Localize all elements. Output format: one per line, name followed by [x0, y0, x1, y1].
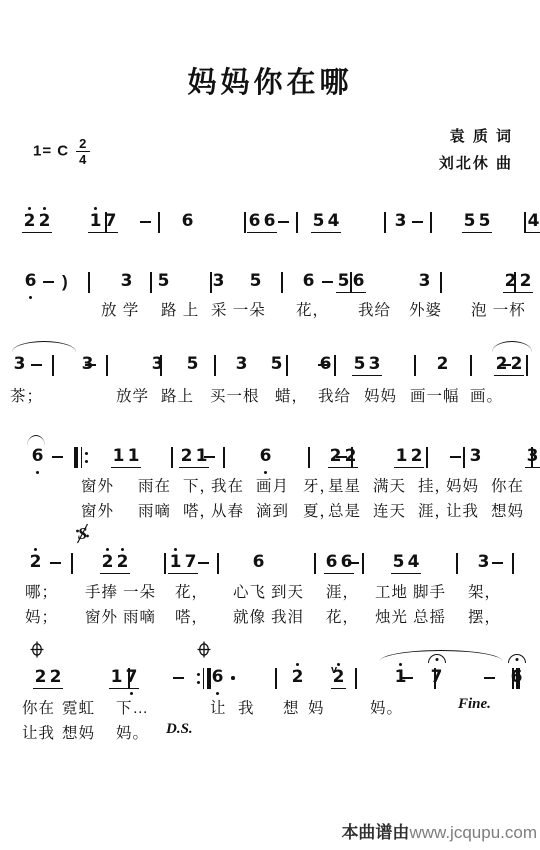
- octave-dot-high-icon: [296, 663, 299, 666]
- lyric-word: 我泪: [271, 605, 304, 627]
- note-digit: 2: [48, 668, 63, 687]
- barline: [171, 447, 173, 468]
- note-group: 6: [210, 668, 225, 688]
- duration-dash: [402, 677, 413, 679]
- note-digit: 1: [168, 553, 183, 572]
- repeat-dot-icon: [85, 460, 88, 463]
- barline: [526, 355, 528, 376]
- note-digit: 1: [109, 668, 124, 687]
- note-digit: 1: [394, 447, 409, 466]
- watermark: 本曲谱由www.jcqupu.com: [341, 818, 537, 843]
- barline: [314, 553, 316, 574]
- note-group: 5: [248, 272, 263, 292]
- barline: [470, 355, 472, 376]
- note-digit: 2: [290, 668, 305, 687]
- lyric-word: 让我: [446, 499, 479, 521]
- lyric-word: 路上: [161, 384, 194, 406]
- note-group: 22: [33, 668, 63, 689]
- duration-dash: [52, 456, 63, 458]
- note-digit: 3: [119, 272, 134, 291]
- duration-dash: [318, 364, 329, 366]
- duration-dash: [140, 221, 151, 223]
- lyric-word: 就像: [233, 605, 266, 627]
- lyric-word: 花，: [326, 605, 359, 627]
- note-group: 54: [311, 212, 341, 233]
- octave-dot-high-icon: [28, 207, 31, 210]
- direction-label: Fine.: [458, 696, 491, 713]
- note-group: 2: [290, 668, 305, 688]
- duration-dash: [500, 364, 511, 366]
- note-digit: 5: [391, 553, 406, 572]
- note-digit: 4: [406, 553, 421, 572]
- lyric-word: 窗外: [81, 474, 114, 496]
- note-digit: 2: [115, 553, 130, 572]
- note-digit: 2: [100, 553, 115, 572]
- lyric-word: 我在: [211, 474, 244, 496]
- note-group: 3: [393, 212, 408, 232]
- note-group: 5: [156, 272, 171, 292]
- barline: [88, 272, 90, 293]
- barline: [105, 212, 107, 233]
- barline-stroke: [516, 668, 520, 689]
- note-digit: 6: [180, 212, 195, 231]
- barline: [426, 447, 428, 468]
- duration-dash: [50, 562, 61, 564]
- lyric-word: 涯，: [326, 580, 359, 602]
- octave-dot-low-icon: [36, 471, 39, 474]
- lyric-word: 妈妈: [446, 474, 479, 496]
- lyric-word: 连天: [373, 499, 406, 521]
- duration-dash: [450, 456, 461, 458]
- lyric-word: 妈。: [370, 696, 403, 718]
- note-group: 6: [301, 272, 316, 292]
- octave-dot-high-icon: [43, 207, 46, 210]
- watermark-site-url: www.jcqupu.com: [409, 823, 537, 842]
- barline: [52, 355, 54, 376]
- note-digit: 6: [30, 447, 45, 466]
- note-digit: 2: [503, 272, 518, 291]
- barline: [308, 447, 310, 468]
- note-digit: 5: [352, 355, 367, 374]
- duration-dash: [198, 562, 209, 564]
- duration-dash: [173, 677, 184, 679]
- duration-dash: [31, 364, 42, 366]
- note-group: 3: [211, 272, 226, 292]
- score-symbol: ): [62, 272, 68, 291]
- note-digit: 7: [183, 553, 198, 572]
- lyric-word: 蜡，: [275, 384, 308, 406]
- note-digit: 5: [336, 272, 351, 291]
- lyric-word: 雨在: [138, 474, 171, 496]
- note-digit: 2: [435, 355, 450, 374]
- lyric-word: 雨嘀: [123, 605, 156, 627]
- barline: [150, 272, 152, 293]
- note-group: 17: [168, 553, 198, 574]
- lyric-word: 想妈: [62, 721, 95, 743]
- octave-dot-high-icon: [34, 548, 37, 551]
- barline: [164, 553, 166, 574]
- barline: [71, 553, 73, 574]
- lyric-word: 画。: [470, 384, 503, 406]
- barline: [275, 668, 277, 689]
- barline: [223, 447, 225, 468]
- lyric-word: 星星: [328, 474, 361, 496]
- note-group: 22: [503, 272, 533, 293]
- note-group: 3: [150, 355, 165, 375]
- note-group: 22: [100, 553, 130, 574]
- lyric-word: 下…: [116, 696, 149, 718]
- segno-icon: S: [75, 523, 90, 544]
- duration-dash: [484, 677, 495, 679]
- note-group: 12: [394, 447, 424, 468]
- barline: [514, 272, 516, 293]
- barline: [334, 355, 336, 376]
- lyric-word: 滴到: [256, 499, 289, 521]
- lyric-word: 架，: [468, 580, 501, 602]
- note-digit: 2: [33, 668, 48, 687]
- note-digit: 6: [258, 447, 273, 466]
- note-digit: 3: [417, 272, 432, 291]
- note-group: 6: [30, 447, 45, 467]
- lyric-word: 总摇: [413, 605, 446, 627]
- duration-dash: [348, 562, 359, 564]
- note-digit: 7: [429, 668, 444, 687]
- lyric-word: 我给: [358, 298, 391, 320]
- note-digit: 3: [150, 355, 165, 374]
- octave-dot-low-icon: [216, 692, 219, 695]
- note-group: 3: [468, 447, 483, 467]
- note-digit: 6: [210, 668, 225, 687]
- note-digit: 6: [251, 553, 266, 572]
- barline: [440, 272, 442, 293]
- barline: [362, 553, 364, 574]
- lyric-word: 买一根: [210, 384, 260, 406]
- note-digit: 7: [124, 668, 139, 687]
- barline-stroke: [207, 668, 211, 689]
- repeat-dots: [85, 447, 88, 468]
- barline: [244, 212, 246, 233]
- note-digit: 5: [185, 355, 200, 374]
- duration-dash: [322, 281, 333, 283]
- note-group: 3: [119, 272, 134, 292]
- barline: [414, 355, 416, 376]
- barline: [463, 447, 465, 468]
- note-group: 54: [391, 553, 421, 574]
- barline: [434, 668, 436, 689]
- lyric-word: 想妈: [491, 499, 524, 521]
- octave-dot-high-icon: [94, 207, 97, 210]
- octave-dot-high-icon: [121, 548, 124, 551]
- lyric-word: 哪；: [25, 580, 58, 602]
- lyric-word: 窗外: [85, 605, 118, 627]
- slur-arc: [12, 341, 76, 352]
- song-title: 妈妈你在哪: [0, 60, 540, 101]
- coda-icon: [197, 641, 211, 658]
- barline: [350, 272, 352, 293]
- duration-dash: [278, 221, 289, 223]
- lyric-word: 你在: [491, 474, 524, 496]
- lyric-word: 你在: [22, 696, 55, 718]
- octave-dot-high-icon: [174, 548, 177, 551]
- note-digit: 6: [324, 553, 339, 572]
- key-signature: 1= C24: [33, 137, 90, 166]
- duration-dash: [492, 562, 503, 564]
- lyric-word: 摆，: [468, 605, 501, 627]
- lyric-word: 花，: [296, 298, 329, 320]
- note-group: 22: [22, 212, 52, 233]
- lyric-word: 花，: [175, 580, 208, 602]
- note-group: 6: [23, 272, 38, 292]
- note-group: 3: [234, 355, 249, 375]
- lyric-word: 采 一朵: [211, 298, 266, 320]
- lyric-word: 手捧: [85, 580, 118, 602]
- duration-dash: [412, 221, 423, 223]
- direction-label: D.S.: [166, 721, 193, 738]
- lyric-word: 烛光: [375, 605, 408, 627]
- barline: [384, 212, 386, 233]
- note-digit: 3: [367, 355, 382, 374]
- barline: [531, 447, 533, 468]
- note-group: 7: [429, 668, 444, 688]
- note-digit: 3: [234, 355, 249, 374]
- key-text: 1= C: [33, 142, 69, 159]
- lyric-word: 心飞: [233, 580, 266, 602]
- barline: [355, 668, 357, 689]
- lyric-word: 到天: [271, 580, 304, 602]
- time-signature: 24: [76, 137, 90, 166]
- note-digit: 2: [22, 212, 37, 231]
- note-group: 17: [109, 668, 139, 689]
- note-digit: 3: [211, 272, 226, 291]
- note-digit: 5: [462, 212, 477, 231]
- lyric-word: 满天: [373, 474, 406, 496]
- note-digit: 3: [476, 553, 491, 572]
- octave-dot-high-icon: [106, 548, 109, 551]
- lyric-word: 从春: [211, 499, 244, 521]
- note-digit: 3: [393, 212, 408, 231]
- note-digit: 5: [248, 272, 263, 291]
- duration-dash: [43, 281, 54, 283]
- fermata-dot-icon: [515, 658, 518, 661]
- note-group: 6: [180, 212, 195, 232]
- barline: [158, 212, 160, 233]
- note-digit: 5: [311, 212, 326, 231]
- meter-numerator: 2: [76, 137, 90, 152]
- duration-dash: [204, 456, 215, 458]
- barline: [281, 272, 283, 293]
- note-digit: 3: [468, 447, 483, 466]
- note-group: 2: [28, 553, 43, 573]
- note-digit: 4: [326, 212, 341, 231]
- lyricist-credit: 袁 质 词: [439, 123, 513, 150]
- lyric-word: 妈妈: [364, 384, 397, 406]
- note-group: 6: [251, 553, 266, 573]
- note-digit: 1: [126, 447, 141, 466]
- lyric-word: 窗外: [81, 499, 114, 521]
- note-digit: 2: [179, 447, 194, 466]
- lyric-word: 妈；: [25, 605, 58, 627]
- barline: [296, 212, 298, 233]
- note-digit: 6: [262, 212, 277, 231]
- note-digit: 2: [28, 553, 43, 572]
- note-digit: 1: [111, 447, 126, 466]
- note-digit: 2: [37, 212, 52, 231]
- note-group: 17: [88, 212, 118, 233]
- sheet-music-page: 妈妈你在哪 1= C24 袁 质 词 刘北休 曲 221766654355432…: [0, 0, 540, 850]
- note-group: 66: [247, 212, 277, 233]
- lyric-word: 我: [238, 696, 255, 718]
- composer-credit: 刘北休 曲: [439, 150, 513, 177]
- slur-arc: [380, 650, 502, 661]
- duration-dash: [336, 456, 347, 458]
- note-group: 5: [269, 355, 284, 375]
- coda-icon: [30, 641, 44, 658]
- lyric-word: 妈。: [116, 721, 149, 743]
- meter-denominator: 4: [76, 152, 90, 166]
- note-digit: 6: [351, 272, 366, 291]
- note-group: 43: [526, 212, 540, 233]
- lyric-word: 工地: [375, 580, 408, 602]
- barline: [217, 553, 219, 574]
- barline: [456, 553, 458, 574]
- repeat-dot-icon: [85, 452, 88, 455]
- note-group: 5: [185, 355, 200, 375]
- fermata-icon: [508, 654, 526, 663]
- note-group: 6: [258, 447, 273, 467]
- lyric-word: 让: [210, 696, 227, 718]
- lyric-word: 嗒，: [175, 605, 208, 627]
- barline: [430, 212, 432, 233]
- lyric-word: 画一幅: [410, 384, 460, 406]
- slur-arc: [492, 341, 532, 352]
- duration-dash: [85, 364, 96, 366]
- lyric-word: 想: [283, 696, 300, 718]
- lyric-word: 一朵: [123, 580, 156, 602]
- lyric-word: 画月: [256, 474, 289, 496]
- lyric-word: 脚手: [413, 580, 446, 602]
- note-digit: 5: [477, 212, 492, 231]
- watermark-prefix: 本曲谱由: [341, 823, 409, 842]
- note-group: 55: [462, 212, 492, 233]
- barline: [286, 355, 288, 376]
- barline: [210, 272, 212, 293]
- augmentation-dot-icon: [231, 676, 235, 680]
- lyric-word: 路 上: [161, 298, 199, 320]
- note-group: 53: [352, 355, 382, 376]
- barline: [128, 668, 130, 689]
- barline: [351, 447, 353, 468]
- lyric-word: 让我: [22, 721, 55, 743]
- note-digit: 6: [301, 272, 316, 291]
- note-digit: 1: [88, 212, 103, 231]
- note-group: 3: [417, 272, 432, 292]
- lyric-word: 放 学: [101, 298, 139, 320]
- breath-mark: v: [331, 661, 337, 680]
- note-digit: 2: [509, 355, 524, 374]
- credits: 袁 质 词 刘北休 曲: [439, 123, 513, 177]
- note-group: 11: [111, 447, 141, 468]
- lyric-word: 外婆: [409, 298, 442, 320]
- lyric-word: 妈: [308, 696, 325, 718]
- barline: [512, 553, 514, 574]
- lyric-word: 霓虹: [62, 696, 95, 718]
- repeat-begin-sign: [74, 447, 88, 468]
- note-digit: 5: [156, 272, 171, 291]
- octave-dot-low-icon: [29, 296, 32, 299]
- note-digit: 4: [526, 212, 540, 231]
- note-group: 2: [435, 355, 450, 375]
- final-barline: [512, 668, 520, 689]
- note-group: 3: [476, 553, 491, 573]
- note-group: 3: [12, 355, 27, 375]
- lyric-word: 放学: [116, 384, 149, 406]
- octave-dot-high-icon: [399, 663, 402, 666]
- note-digit: 6: [247, 212, 262, 231]
- lyric-word: 泡 一杯: [471, 298, 526, 320]
- barline: [524, 212, 526, 233]
- octave-dot-high-icon: [337, 663, 340, 666]
- lyric-word: 我给: [318, 384, 351, 406]
- octave-dot-low-icon: [130, 692, 133, 695]
- note-digit: 6: [23, 272, 38, 291]
- lyric-word: 茶；: [10, 384, 43, 406]
- lyric-word: 雨嘀: [138, 499, 171, 521]
- barline: [214, 355, 216, 376]
- barline: [160, 355, 162, 376]
- note-digit: 3: [12, 355, 27, 374]
- note-digit: 2: [409, 447, 424, 466]
- note-digit: 2: [518, 272, 533, 291]
- note-digit: 5: [269, 355, 284, 374]
- barline: [106, 355, 108, 376]
- repeat-end-sign: [197, 668, 211, 689]
- lyric-word: 总是: [328, 499, 361, 521]
- slur-arc: [27, 435, 45, 446]
